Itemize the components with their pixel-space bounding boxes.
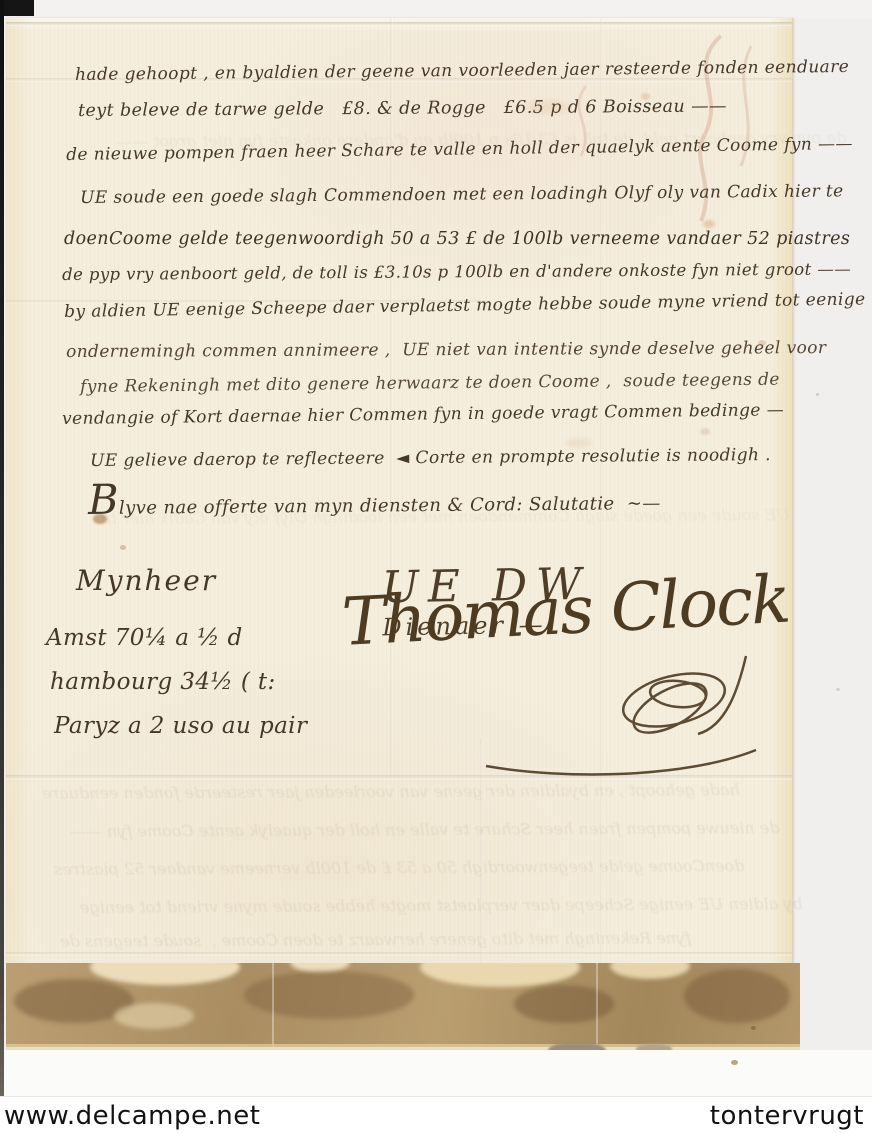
scan-bottom-margin <box>0 1050 872 1096</box>
handwriting-line: UE gelieve daerop te reflecteere ◄ Corte… <box>90 445 771 471</box>
dust-speck <box>816 393 819 396</box>
handwriting-line: teyt beleve de tarwe gelde £8. & de Rogg… <box>78 96 727 121</box>
handwriting-line: vendangie of Kort daernae hier Commen fy… <box>62 400 784 429</box>
foxing-spot <box>641 93 650 100</box>
verso-bleedthrough-text: fyne Rekeningh met dito genere herwaarz … <box>60 928 691 950</box>
foxing-spot <box>566 438 592 448</box>
letter-scan: hade gehoopt , en byaldien der geene van… <box>0 0 872 1133</box>
salutation: Mynheer <box>76 564 217 597</box>
ink-stain <box>120 545 126 550</box>
fold-crease <box>596 963 598 1047</box>
handwriting-line: doenCoome gelde teegenwoordigh 50 a 53 £… <box>64 229 850 249</box>
foxing-spot <box>700 428 710 435</box>
handwriting-line: fyne Rekeningh met dito genere herwaarz … <box>80 370 780 397</box>
tape-stain <box>420 963 580 987</box>
scanner-edge-corner <box>0 0 34 16</box>
dust-speck <box>731 1060 738 1065</box>
scanner-edge-strip <box>0 0 4 1096</box>
fold-crease <box>272 963 274 1047</box>
ink-stain <box>93 514 107 524</box>
fold-crease <box>6 775 792 780</box>
exchange-rate-line: Paryz a 2 uso au pair <box>54 713 307 739</box>
tape-stain <box>90 963 240 985</box>
tape-stain <box>244 971 414 1019</box>
tape-stain <box>610 963 690 979</box>
tape-stain <box>684 969 790 1023</box>
signature-flourish <box>446 638 786 788</box>
foxing-spot <box>703 220 715 228</box>
watermark-site: www.delcampe.net <box>4 1101 260 1131</box>
scan-top-margin <box>0 0 872 19</box>
verso-bleedthrough-text: doenCoome gelde teegenwoordigh 50 a 53 £… <box>54 856 744 879</box>
exchange-rate-line: Amst 70¼ a ½ d <box>46 625 243 651</box>
fold-crease <box>6 22 792 26</box>
fold-crease <box>6 952 792 956</box>
handwriting-line: de pyp vry aenboort geld, de toll is £3.… <box>62 259 851 284</box>
verso-bleedthrough-text: de nieuwe pompen fraen heer Schare te va… <box>70 818 780 841</box>
verso-bleedthrough-text: hade gehoopt , en byaldien der geene van… <box>42 780 740 803</box>
letter-paper: hade gehoopt , en byaldien der geene van… <box>6 18 793 1050</box>
tape-residue-strip <box>6 963 800 1047</box>
tape-stain <box>114 1003 194 1029</box>
watermark-seller: tontervrugt <box>710 1101 864 1131</box>
tape-stain <box>514 985 614 1023</box>
dust-speck <box>836 688 840 691</box>
foxing-spot <box>526 100 570 114</box>
foxing-spot <box>758 340 766 346</box>
handwriting-closing-line: Blyve nae offerte van myn diensten & Cor… <box>88 487 661 519</box>
dust-speck <box>751 1026 756 1030</box>
exchange-rate-line: hambourg 34½ ( t: <box>50 669 276 695</box>
handwriting-line: UE soude een goede slagh Commendoen met … <box>80 181 844 208</box>
verso-bleedthrough-text: by aldien UE eenige Scheepe daer verplae… <box>80 894 803 917</box>
watermark-bar: www.delcampe.net tontervrugt <box>0 1096 872 1133</box>
handwriting-line: by aldien UE eenige Scheepe daer verplae… <box>64 289 866 322</box>
handwriting-line: ondernemingh commen annimeere , UE niet … <box>66 338 826 362</box>
